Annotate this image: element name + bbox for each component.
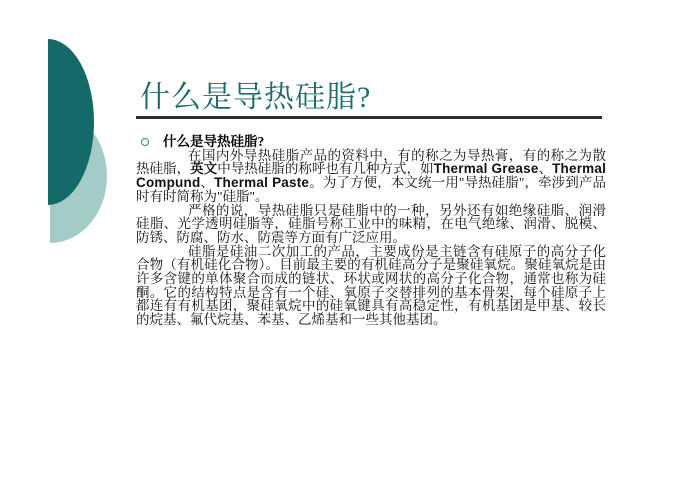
content-placeholder: 什么是导热硅脂? 在国内外导热硅脂产品的资料中，有的称之为导热膏，有的称之为散热…: [136, 135, 606, 327]
content-heading: 什么是导热硅脂?: [163, 134, 264, 149]
paragraph-definition: 在国内外导热硅脂产品的资料中，有的称之为导热膏，有的称之为散热硅脂，英文中导热硅…: [136, 149, 606, 204]
paragraph-category: 严格的说，导热硅脂只是硅脂中的一种，另外还有如绝缘硅脂、润滑硅脂、光学透明硅脂等…: [136, 204, 606, 245]
circle-bullet-icon: [141, 138, 149, 146]
paragraph-chemistry: 硅脂是硅油二次加工的产品，主要成份是主链含有硅原子的高分子化合物（有机硅化合物）…: [136, 245, 606, 327]
title-underline: [136, 116, 602, 119]
bullet-list-item: 什么是导热硅脂?: [136, 135, 606, 149]
presentation-slide: 什么是导热硅脂? 什么是导热硅脂? 在国内外导热硅脂产品的资料中，有的称之为导热…: [0, 0, 680, 480]
slide-title: 什么是导热硅脂?: [140, 72, 371, 116]
